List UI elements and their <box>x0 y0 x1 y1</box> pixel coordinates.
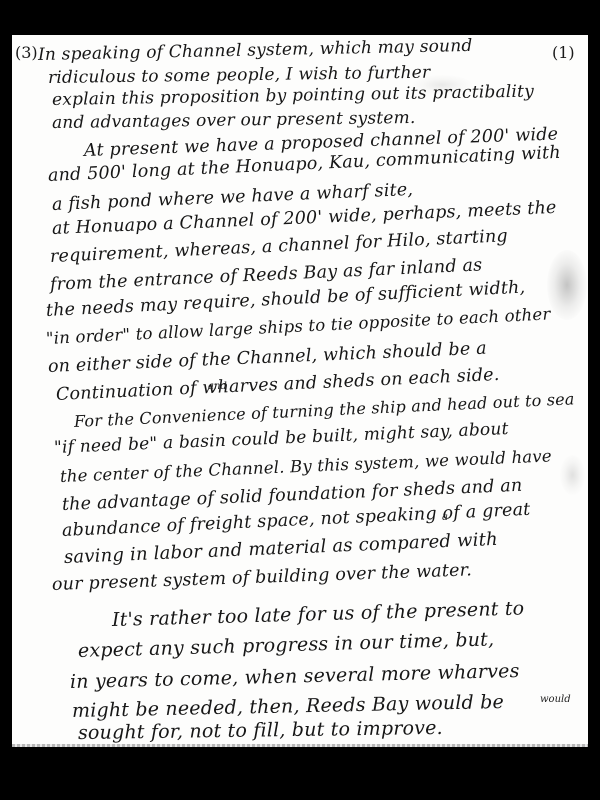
document-page: (3) (1) In speaking of Channel system, w… <box>12 35 588 747</box>
text-line-1: In speaking of Channel system, which may… <box>38 36 473 65</box>
page-bottom-edge <box>12 744 588 747</box>
text-line-4: and advantages over our present system. <box>52 108 416 133</box>
scan-speckle <box>547 250 587 320</box>
insertion-a: a <box>442 513 448 523</box>
text-line-23: expect any such progress in our time, bu… <box>78 629 495 661</box>
text-line-22: It's rather too late for us of the prese… <box>112 598 525 630</box>
scan-speckle <box>560 455 585 495</box>
page-number-left: (3) <box>15 43 38 63</box>
insertion-and: and <box>208 382 227 392</box>
text-line-24: in years to come, when several more whar… <box>70 661 520 692</box>
insertion-would: would <box>540 695 571 705</box>
text-line-26: sought for, not to fill, but to improve. <box>78 718 443 743</box>
page-number-right: (1) <box>552 43 575 63</box>
